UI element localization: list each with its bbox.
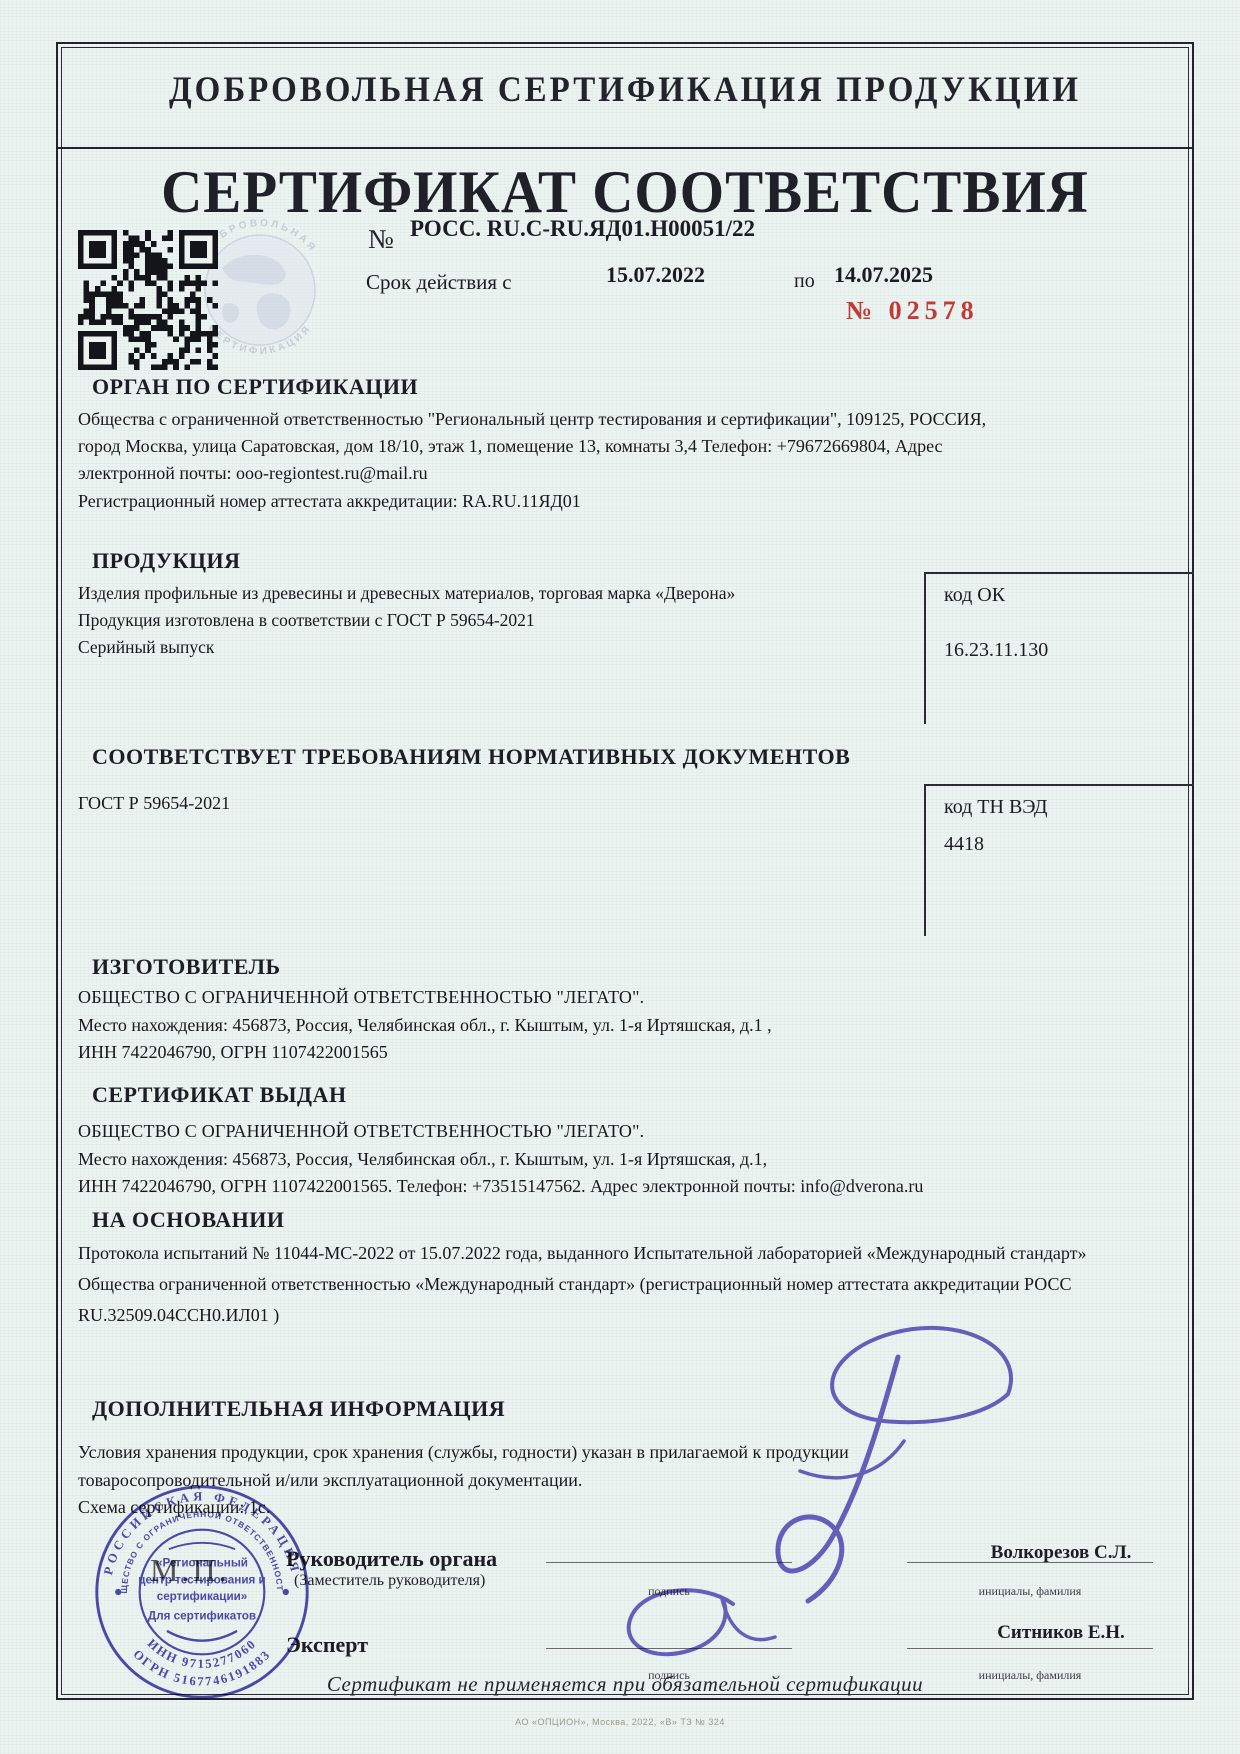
signature-cross-stroke	[800, 1441, 904, 1478]
validity-to-date: 14.07.2025	[834, 262, 933, 288]
document-kind-heading: ДОБРОВОЛЬНАЯ СЕРТИФИКАЦИЯ ПРОДУКЦИИ	[58, 71, 1192, 111]
signature-expert-c	[629, 1590, 733, 1654]
signature-expert-tail	[722, 1599, 775, 1640]
certificate-page: ДОБРОВОЛЬНАЯ СЕРТИФИКАЦИЯ ПРОДУКЦИИ СЕРТ…	[0, 0, 1240, 1754]
signature-flourish-loop	[832, 1328, 1011, 1422]
holder-name: ОБЩЕСТВО С ОГРАНИЧЕННОЙ ОТВЕТСТВЕННОСТЬЮ…	[78, 1118, 1138, 1145]
product-line: Серийный выпуск	[78, 634, 898, 661]
section-title-conformity: СООТВЕТСТВУЕТ ТРЕБОВАНИЯМ НОРМАТИВНЫХ ДО…	[92, 744, 850, 770]
head-role-label: Руководитель органа	[286, 1546, 497, 1572]
section-title-manufacturer: ИЗГОТОВИТЕЛЬ	[92, 954, 281, 980]
section-title-basis: НА ОСНОВАНИИ	[92, 1207, 285, 1233]
tnved-code-label: код ТН ВЭД	[944, 796, 1194, 819]
tnved-code-value: 4418	[944, 833, 1194, 856]
head-role-sub-label: (Заместитель руководителя)	[294, 1572, 485, 1590]
stamp-center-line2: центр тестирования и	[138, 1573, 265, 1586]
holder-address: Место нахождения: 456873, Россия, Челяби…	[78, 1146, 1138, 1173]
accreditation-number-line: Регистрационный номер аттестата аккредит…	[78, 488, 1024, 515]
validity-from-date: 15.07.2022	[606, 262, 705, 288]
section-title-product: ПРОДУКЦИЯ	[92, 548, 241, 574]
manufacturer-inn-ogrn: ИНН 7422046790, ОГРН 1107422001565	[78, 1039, 1138, 1066]
ok-code-box: код ОК 16.23.11.130	[924, 572, 1194, 724]
stamp-bottom-arc	[167, 1631, 237, 1641]
section-title-issued-to: СЕРТИФИКАТ ВЫДАН	[92, 1082, 347, 1108]
ok-code-value: 16.23.11.130	[944, 639, 1194, 662]
tnved-code-box: код ТН ВЭД 4418	[924, 784, 1194, 936]
conformity-standard: ГОСТ Р 59654-2021	[78, 790, 898, 817]
handwritten-signatures	[478, 1299, 1118, 1719]
certification-body-details: Общества с ограниченной ответственностью…	[78, 406, 1024, 487]
manufacturer-name: ОБЩЕСТВО С ОГРАНИЧЕННОЙ ОТВЕТСТВЕННОСТЬЮ…	[78, 984, 1138, 1011]
validity-to-label: по	[794, 270, 815, 293]
round-stamp: РОССИЙСКАЯ ФЕДЕРАЦИЯ ОБЩЕСТВО С ОГРАНИЧЕ…	[90, 1480, 314, 1704]
header-divider	[58, 147, 1192, 149]
certificate-frame: ДОБРОВОЛЬНАЯ СЕРТИФИКАЦИЯ ПРОДУКЦИИ СЕРТ…	[56, 42, 1194, 1700]
holder-contacts: ИНН 7422046790, ОГРН 1107422001565. Теле…	[78, 1173, 1138, 1200]
ok-code-label: код ОК	[944, 584, 1194, 607]
certificate-number-label: №	[368, 224, 394, 255]
qr-code	[78, 230, 218, 370]
stamp-top-arc	[169, 1543, 235, 1549]
product-line: Продукция изготовлена в соответствии с Г…	[78, 607, 898, 634]
product-line: Изделия профильные из древесины и древес…	[78, 580, 898, 607]
stamp-center-line4: Для сертификатов	[148, 1609, 256, 1622]
stamp-center-line3: сертификации»	[157, 1590, 248, 1603]
validity-label: Срок действия с	[366, 270, 512, 295]
section-title-certification-body: ОРГАН ПО СЕРТИФИКАЦИИ	[92, 374, 418, 400]
certificate-number-value: РОСС. RU.C-RU.ЯД01.Н00051/22	[410, 216, 755, 242]
section-title-additional-info: ДОПОЛНИТЕЛЬНАЯ ИНФОРМАЦИЯ	[92, 1396, 505, 1422]
globe-circle	[205, 235, 315, 345]
stamp-center-line1: «Региональный	[156, 1557, 248, 1570]
manufacturer-address: Место нахождения: 456873, Россия, Челяби…	[78, 1012, 1138, 1039]
blank-serial-number: № 02578	[846, 296, 979, 326]
